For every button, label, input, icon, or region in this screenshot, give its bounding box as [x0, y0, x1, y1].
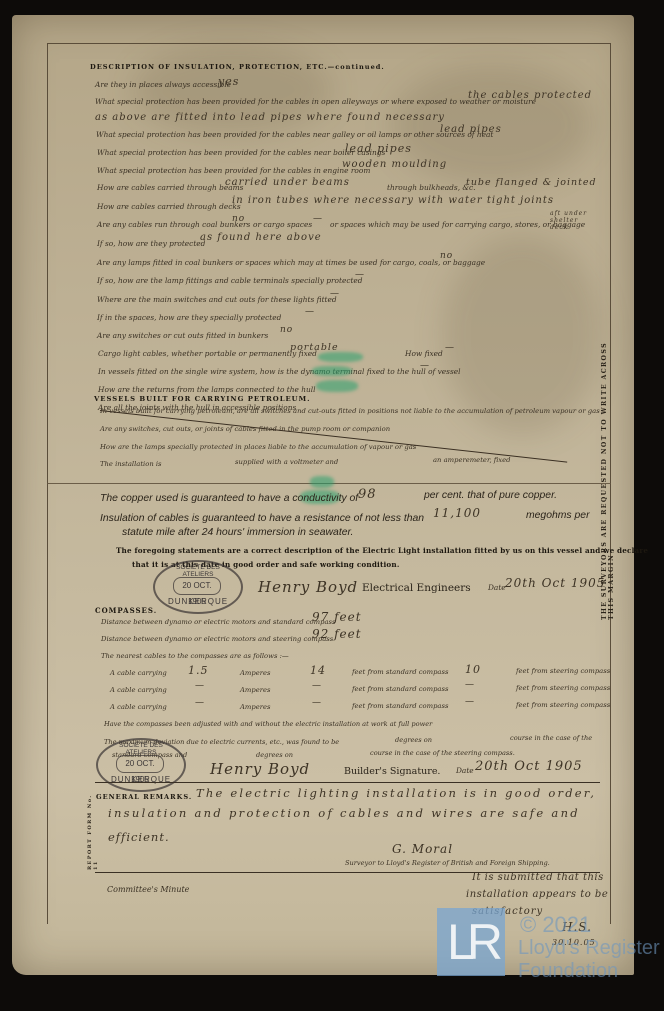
remarks-line-3: efficient.	[108, 830, 170, 844]
answer-galley: lead pipes	[440, 124, 502, 135]
company-stamp-2: SOCIÉTÉ DES ATELIERS 20 OCT. 1905 DUNKER…	[96, 738, 186, 792]
answer-accessible: yes	[218, 75, 239, 88]
immersion-text: statute mile after 24 hours' immersion i…	[122, 527, 353, 538]
declaration-date-label: Date	[488, 583, 506, 592]
answer-lamp-fittings: —	[355, 270, 365, 280]
question-galley: What special protection has been provide…	[96, 130, 493, 139]
divider	[95, 782, 600, 783]
answer-lamps-bunkers: no	[440, 251, 453, 261]
answer-spaces-protected: —	[305, 307, 315, 317]
surveyor-label: Surveyor to Lloyd's Register of British …	[345, 859, 550, 867]
insulation-resistance-value: 11,100	[433, 506, 481, 520]
committee-line-1: It is submitted that this	[472, 872, 604, 883]
question-spaces-protected: If in the spaces, how are they specially…	[97, 313, 281, 322]
cable-row-2-from-steering: feet from steering compass	[516, 684, 610, 692]
lr-logo-icon: LR	[437, 908, 505, 976]
cable-row-1-from-steering: feet from steering compass	[516, 667, 610, 675]
section-title: DESCRIPTION OF INSULATION, PROTECTION, E…	[90, 63, 385, 71]
builder-date-label: Date	[456, 766, 474, 775]
dist-standard-answer: 97 feet	[312, 610, 362, 624]
cable-row-3-steering: —	[465, 697, 475, 707]
installation-is: The installation is	[100, 460, 162, 468]
course-steering: course in the case of the steering compa…	[370, 749, 515, 757]
answer-decks: in iron tubes where necessary with water…	[232, 195, 554, 206]
cable-row-3-amperes: Amperes	[240, 703, 271, 711]
cable-row-3-label: A cable carrying	[110, 703, 167, 711]
cable-row-3-from-steering: feet from steering compass	[516, 701, 610, 709]
answer-coal-bunkers: no	[232, 214, 245, 224]
installation-voltmeter: supplied with a voltmeter and	[235, 458, 338, 466]
answer-switches-bunkers: no	[280, 325, 293, 335]
engineer-role: Electrical Engineers	[362, 582, 471, 594]
dist-steering-answer: 92 feet	[312, 627, 362, 641]
watermark-org-line-2: Foundation	[518, 960, 618, 983]
general-remarks-title: GENERAL REMARKS.	[96, 793, 192, 801]
cable-row-1-standard: 14	[310, 664, 326, 677]
answer-open-alleyways: the cables protected	[468, 90, 592, 101]
builder-date: 20th Oct 1905	[475, 759, 583, 774]
copper-conductivity-text: The copper used is guaranteed to have a …	[100, 493, 358, 504]
question-bulkheads: through bulkheads, &c.	[387, 183, 475, 192]
committee-minute-label: Committee's Minute	[107, 885, 189, 894]
answer-dynamo-terminal: —	[420, 361, 430, 371]
answer-protected: as found here above	[200, 232, 322, 243]
green-ink-smudge	[316, 380, 358, 392]
question-baggage-spaces: or spaces which may be used for carrying…	[330, 220, 585, 229]
cable-row-1-label: A cable carrying	[110, 669, 167, 677]
form-label: REPORT FORM No. 11	[87, 790, 99, 870]
copper-conductivity-value: 98	[358, 487, 377, 502]
question-switches-bunkers: Are any switches or cut outs fitted in b…	[97, 331, 268, 340]
question-accessible: Are they in places always accessible	[95, 80, 231, 89]
insulation-resistance-suffix: megohms per	[526, 510, 590, 521]
cable-row-2-steering: —	[465, 680, 475, 690]
course-standard: course in the case of the	[510, 734, 592, 742]
builder-signature: Henry Boyd	[210, 760, 310, 778]
cable-row-3-standard: —	[312, 698, 322, 708]
answer-main-switches: —	[330, 289, 340, 299]
company-stamp: SOCIÉTÉ DES ATELIERS 20 OCT. 1905 DUNKER…	[153, 560, 243, 614]
declaration-line-1: The foregoing statements are a correct d…	[116, 546, 648, 555]
cable-row-3-amps: —	[195, 698, 205, 708]
cable-row-1-amps: 1.5	[188, 664, 209, 677]
installation-amperemeter: an amperemeter, fixed	[433, 456, 511, 464]
question-lamp-fittings: If so, how are the lamp fittings and cab…	[97, 276, 363, 285]
question-engine-room: What special protection has been provide…	[97, 166, 370, 175]
engineer-signature: Henry Boyd	[258, 578, 358, 596]
answer-cargo-spaces: —	[313, 214, 323, 224]
petroleum-line-3: How are the lamps specially protected in…	[100, 443, 416, 451]
copper-conductivity-suffix: per cent. that of pure copper.	[424, 490, 557, 501]
degrees-on-2: degrees on	[256, 751, 293, 759]
cable-row-1-from-standard: feet from standard compass	[352, 668, 448, 676]
question-protected: If so, how are they protected	[97, 239, 205, 248]
answer-open-alleyways-cont: as above are fitted into lead pipes wher…	[95, 112, 445, 123]
answer-beams: carried under beams	[225, 177, 350, 188]
cable-row-3-from-standard: feet from standard compass	[352, 702, 448, 710]
answer-baggage-spaces: aft under shelter deck	[550, 210, 595, 231]
degrees-on-1: degrees on	[395, 736, 432, 744]
question-coal-bunkers: Are any cables run through coal bunkers	[97, 220, 250, 229]
petroleum-title: VESSELS BUILT FOR CARRYING PETROLEUM.	[94, 395, 311, 403]
cable-row-2-from-standard: feet from standard compass	[352, 685, 448, 693]
question-returns: How are the returns from the lamps conne…	[98, 385, 315, 394]
question-dynamo-terminal: In vessels fitted on the single wire sys…	[98, 367, 461, 376]
compasses-title: COMPASSES.	[95, 606, 157, 615]
answer-bulkheads: tube flanged & jointed	[466, 177, 597, 188]
committee-line-2: installation appears to be	[466, 889, 608, 900]
margin-note: THE SURVEYORS ARE REQUESTED NOT TO WRITE…	[601, 340, 615, 620]
stamp-date-2: 20 OCT. 1905	[116, 755, 164, 773]
green-ink-smudge	[310, 476, 334, 488]
question-boiler: What special protection has been provide…	[97, 148, 385, 157]
builder-signature-label: Builder's Signature.	[344, 766, 440, 777]
cable-row-2-standard: —	[312, 681, 322, 691]
question-how-fixed: How fixed	[405, 349, 443, 358]
answer-how-fixed: —	[445, 343, 455, 353]
dist-standard-question: Distance between dynamo or electric moto…	[101, 618, 335, 626]
insulation-resistance-text: Insulation of cables is guaranteed to ha…	[100, 513, 424, 524]
question-main-switches: Where are the main switches and cut outs…	[97, 295, 337, 304]
cable-row-2-amps: —	[195, 681, 205, 691]
petroleum-line-1: In vessels built for carrying petroleum,…	[100, 407, 600, 415]
cable-row-1-amperes: Amperes	[240, 669, 271, 677]
green-ink-smudge	[318, 352, 363, 362]
question-cargo-light: Cargo light cables, whether portable or …	[98, 349, 317, 358]
question-beams: How are cables carried through beams	[97, 183, 243, 192]
cable-row-2-amperes: Amperes	[240, 686, 271, 694]
green-ink-smudge	[312, 366, 352, 376]
question-cargo-spaces: or cargo spaces	[253, 220, 312, 229]
remarks-line-2: insulation and protection of cables and …	[108, 806, 580, 820]
question-decks: How are cables carried through decks	[97, 202, 241, 211]
answer-engine-room: wooden moulding	[342, 159, 447, 170]
remarks-line-1: The electric lighting installation is in…	[196, 786, 596, 800]
watermark-org-line-1: Lloyd's Register	[518, 937, 660, 960]
compasses-adjusted-question: Have the compasses been adjusted with an…	[104, 720, 432, 728]
lr-logo: LR	[437, 908, 505, 976]
nearest-cables-label: The nearest cables to the compasses are …	[101, 652, 289, 660]
declaration-date: 20th Oct 1905	[505, 576, 605, 590]
surveyor-signature: G. Moral	[392, 842, 453, 856]
dist-steering-question: Distance between dynamo or electric moto…	[101, 635, 333, 643]
answer-boiler: lead pipes	[345, 142, 412, 155]
cable-row-1-steering: 10	[465, 663, 481, 676]
cable-row-2-label: A cable carrying	[110, 686, 167, 694]
question-lamps-bunkers: Are any lamps fitted in coal bunkers or …	[97, 258, 485, 267]
stamp-date: 20 OCT. 1905	[173, 577, 221, 595]
watermark-copyright: © 2021	[520, 912, 591, 938]
